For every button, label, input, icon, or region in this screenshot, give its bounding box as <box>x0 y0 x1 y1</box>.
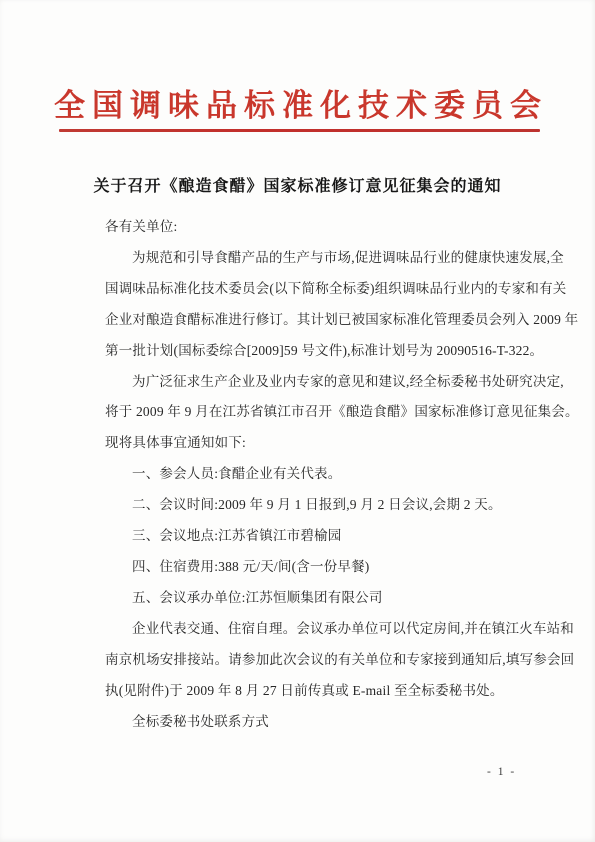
salutation: 各有关单位: <box>105 212 520 243</box>
paragraph-3-line-2: 南京机场安排接站。请参加此次会议的有关单位和专家接到通知后,填写参会回 <box>105 645 520 676</box>
document-page: 全国调味品标准化技术委员会 关于召开《酿造食醋》国家标准修订意见征集会的通知 各… <box>0 0 595 842</box>
document-title: 关于召开《酿造食醋》国家标准修订意见征集会的通知 <box>0 173 595 196</box>
organization-name: 全国调味品标准化技术委员会 <box>0 80 595 125</box>
list-item-time: 二、会议时间:2009 年 9 月 1 日报到,9 月 2 日会议,会期 2 天… <box>105 490 520 521</box>
paragraph-1-line-4: 第一批计划(国标委综合[2009]59 号文件),标准计划号为 20090516… <box>105 336 520 367</box>
contact-heading: 全标委秘书处联系方式 <box>105 707 520 738</box>
paragraph-1-line-1: 为规范和引导食醋产品的生产与市场,促进调味品行业的健康快速发展,全 <box>105 243 520 274</box>
paragraph-1-line-2: 国调味品标准化技术委员会(以下简称全标委)组织调味品行业内的专家和有关 <box>105 274 520 305</box>
list-item-location: 三、会议地点:江苏省镇江市碧榆园 <box>105 521 520 552</box>
list-item-lodging-fee: 四、住宿费用:388 元/天/间(含一份早餐) <box>105 552 520 583</box>
header-divider-rule <box>59 129 540 132</box>
paragraph-3-line-1: 企业代表交通、住宿自理。会议承办单位可以代定房间,并在镇江火车站和 <box>105 614 520 645</box>
paragraph-1-line-3: 企业对酿造食醋标准进行修订。其计划已被国家标准化管理委员会列入 2009 年 <box>105 305 520 336</box>
document-body: 各有关单位: 为规范和引导食醋产品的生产与市场,促进调味品行业的健康快速发展,全… <box>105 212 520 737</box>
page-number: - 1 - <box>487 766 516 778</box>
paragraph-2-line-2: 将于 2009 年 9 月在江苏省镇江市召开《酿造食醋》国家标准修订意见征集会。 <box>105 397 520 428</box>
paragraph-2-line-3: 现将具体事宜通知如下: <box>105 428 520 459</box>
list-item-organizer: 五、会议承办单位:江苏恒顺集团有限公司 <box>105 583 520 614</box>
paragraph-2-line-1: 为广泛征求生产企业及业内专家的意见和建议,经全标委秘书处研究决定, <box>105 367 520 398</box>
paragraph-3-line-3: 执(见附件)于 2009 年 8 月 27 日前传真或 E-mail 至全标委秘… <box>105 676 520 707</box>
list-item-attendees: 一、参会人员:食醋企业有关代表。 <box>105 459 520 490</box>
